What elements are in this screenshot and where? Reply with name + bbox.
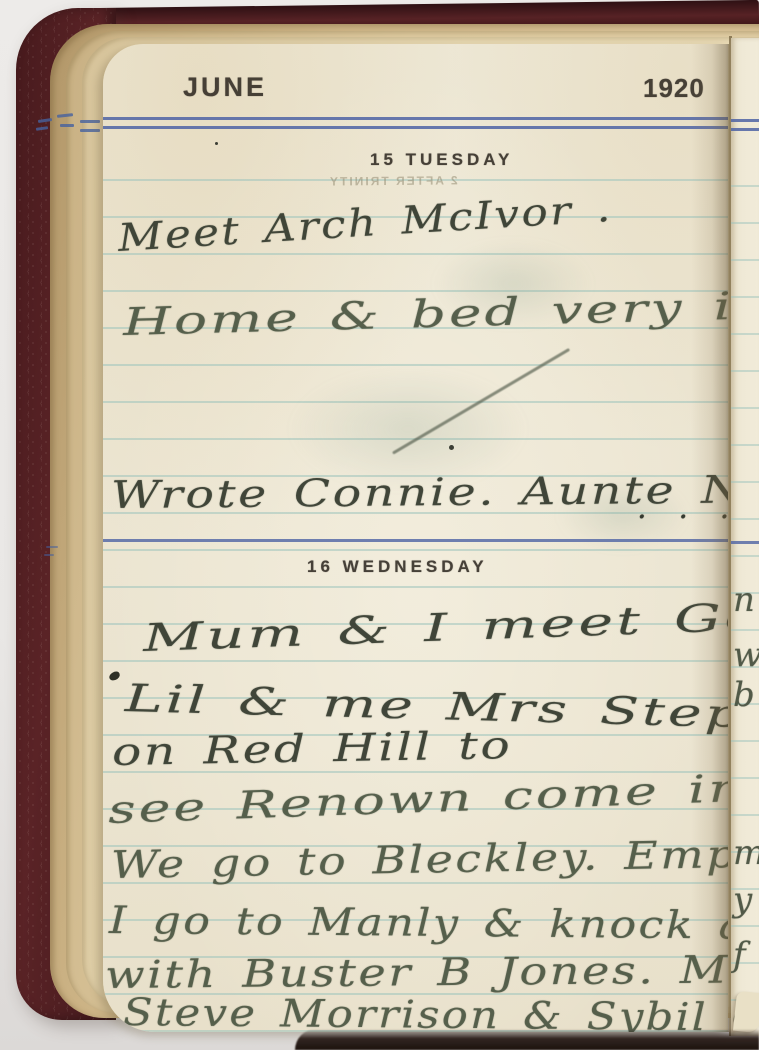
facing-header-rule-top (731, 119, 759, 122)
diary-left-page: JUNE 1920 15 TUESDAY 2 AFTER TRINITY Mee… (103, 44, 728, 1032)
book-bottom-shadow-edge (295, 1029, 759, 1050)
facing-header-rule-bottom (731, 128, 759, 131)
edge-blue-rule-mark (80, 120, 100, 123)
gutter-shadow (691, 44, 729, 1032)
facing-separator-rule (731, 541, 759, 544)
facing-handwriting-stroke: y (733, 883, 752, 917)
entry-separator-rule (103, 539, 728, 542)
edge-blue-rule-mark (46, 546, 58, 548)
photo-backdrop: { "diary": { "month_header": "JUNE", "ye… (0, 0, 759, 1050)
month-header: JUNE (183, 72, 267, 103)
page-curl (733, 991, 759, 1033)
diary-facing-page-sliver: n w b m y f d (731, 38, 759, 1036)
day-header-wednesday: 16 WEDNESDAY (307, 557, 488, 577)
edge-blue-rule-mark (80, 129, 100, 132)
facing-handwriting-stroke: f (733, 938, 746, 972)
handwriting-line: on Red Hill to (112, 726, 513, 771)
header-double-rule-bottom (103, 126, 728, 129)
showthrough-trinity-text: 2 AFTER TRINITY (328, 173, 458, 188)
handwriting-line: with Buster B Jones. Meet (105, 950, 728, 994)
handwriting-line: Wrote Connie. Aunte Nell (111, 470, 728, 514)
facing-handwriting-stroke: w (733, 638, 759, 672)
facing-handwriting-stroke: m (733, 836, 759, 870)
facing-handwriting-stroke: b (733, 678, 755, 712)
handwriting-line: We go to Bleckley. Empty. (111, 834, 728, 884)
ink-dot (215, 142, 218, 145)
day-header-tuesday: 15 TUESDAY (370, 150, 513, 170)
header-double-rule-top (103, 117, 728, 120)
edge-blue-rule-mark (60, 124, 74, 127)
facing-handwriting-stroke: n (733, 583, 755, 617)
handwriting-line: I go to Manly & knock about (109, 901, 728, 946)
ink-dot (449, 445, 454, 450)
edge-blue-rule-mark (44, 554, 54, 556)
handwriting-line: Steve Morrison & Sybil Reid (123, 993, 728, 1032)
